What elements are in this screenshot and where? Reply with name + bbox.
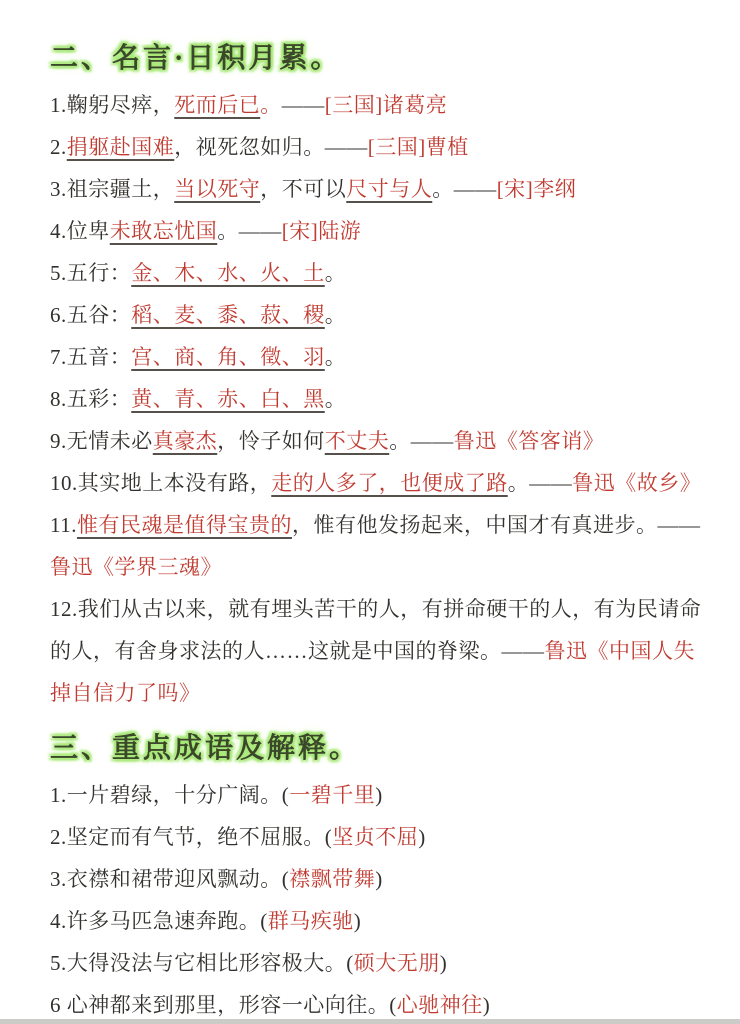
text-segment: 9.无情未必 xyxy=(50,429,153,453)
text-segment: 5.五行： xyxy=(50,261,131,285)
text-line: 7.五音：宫、商、角、徵、羽。 xyxy=(50,336,714,378)
text-segment: 5.大得没法与它相比形容极大。( xyxy=(50,951,354,975)
page-bottom-edge xyxy=(0,1019,740,1024)
text-segment: [三国]诸葛亮 xyxy=(325,93,448,117)
text-segment: 鲁迅《学界三魂》 xyxy=(50,555,222,579)
text-segment: 。—— xyxy=(432,177,497,201)
text-line: 6.五谷：稻、麦、黍、菽、稷。 xyxy=(50,294,714,336)
text-line: 1.一片碧绿，十分广阔。(一碧千里) xyxy=(50,774,714,816)
text-segment: ，不可以 xyxy=(260,177,346,201)
section-quotes: 二、名言·日积月累。 1.鞠躬尽瘁，死而后已。——[三国]诸葛亮2.捐躯赴国难，… xyxy=(50,36,714,714)
text-line: 2.坚定而有气节，绝不屈服。(坚贞不屈) xyxy=(50,816,714,858)
text-segment: 宫、商、角、徵、羽 xyxy=(131,345,325,369)
text-line: 5.大得没法与它相比形容极大。(硕大无朋) xyxy=(50,942,714,984)
text-segment: 未敢忘忧国 xyxy=(110,219,218,243)
section-idioms-lines: 1.一片碧绿，十分广阔。(一碧千里)2.坚定而有气节，绝不屈服。(坚贞不屈)3.… xyxy=(50,774,714,1024)
text-segment: 襟飘带舞 xyxy=(289,867,375,891)
text-segment: 7.五音： xyxy=(50,345,131,369)
text-segment: 。—— xyxy=(508,471,573,495)
text-segment: 。 xyxy=(325,303,347,327)
text-segment: 1.一片碧绿，十分广阔。( xyxy=(50,783,289,807)
text-segment: 。 xyxy=(325,261,347,285)
text-segment: [宋]陆游 xyxy=(282,219,362,243)
text-segment: 真豪杰 xyxy=(153,429,218,453)
text-line: 9.无情未必真豪杰，怜子如何不丈夫。——鲁迅《答客诮》 xyxy=(50,420,714,462)
text-segment: 4.位卑 xyxy=(50,219,110,243)
text-line: 11.惟有民魂是值得宝贵的，惟有他发扬起来，中国才有真进步。——鲁迅《学界三魂》 xyxy=(50,504,714,588)
text-line: 10.其实地上本没有路，走的人多了，也便成了路。——鲁迅《故乡》 xyxy=(50,462,714,504)
text-segment: 2. xyxy=(50,135,67,159)
text-segment: ) xyxy=(375,783,383,807)
text-segment: [宋]李纲 xyxy=(497,177,577,201)
text-segment: ，惟有他发扬起来，中国才有真进步。—— xyxy=(292,513,701,537)
text-segment: 一碧千里 xyxy=(289,783,375,807)
text-segment: ，怜子如何 xyxy=(217,429,325,453)
text-segment: 3.衣襟和裙带迎风飘动。( xyxy=(50,867,289,891)
text-segment: 捐躯赴国难 xyxy=(67,135,175,159)
text-segment: ) xyxy=(440,951,448,975)
text-segment: 鲁迅《答客诮》 xyxy=(454,429,605,453)
text-segment: 死而后已 xyxy=(174,93,260,117)
text-line: 2.捐躯赴国难，视死忽如归。——[三国]曹植 xyxy=(50,126,714,168)
text-line: 6 心神都来到那里，形容一心向往。(心驰神往) xyxy=(50,984,714,1024)
text-line: 3.衣襟和裙带迎风飘动。(襟飘带舞) xyxy=(50,858,714,900)
text-segment: 11. xyxy=(50,513,77,537)
text-segment: 坚贞不屈 xyxy=(332,825,418,849)
text-segment: ) xyxy=(418,825,426,849)
text-segment: 走的人多了，也便成了路 xyxy=(271,471,508,495)
text-line: 5.五行：金、木、水、火、土。 xyxy=(50,252,714,294)
text-segment: 。 xyxy=(260,93,282,117)
text-segment: ) xyxy=(483,993,491,1017)
text-segment: 。 xyxy=(325,387,347,411)
text-segment: —— xyxy=(282,93,325,117)
text-segment: 惟有民魂是值得宝贵的 xyxy=(77,513,292,537)
text-line: 4.位卑未敢忘忧国。——[宋]陆游 xyxy=(50,210,714,252)
document-page: 二、名言·日积月累。 1.鞠躬尽瘁，死而后已。——[三国]诸葛亮2.捐躯赴国难，… xyxy=(0,0,740,1024)
text-segment: 1.鞠躬尽瘁， xyxy=(50,93,174,117)
section-quotes-lines: 1.鞠躬尽瘁，死而后已。——[三国]诸葛亮2.捐躯赴国难，视死忽如归。——[三国… xyxy=(50,84,714,714)
section-idioms: 三、重点成语及解释。 1.一片碧绿，十分广阔。(一碧千里)2.坚定而有气节，绝不… xyxy=(50,726,714,1024)
text-segment: ，视死忽如归。—— xyxy=(174,135,368,159)
text-segment: 不丈夫 xyxy=(325,429,390,453)
text-line: 8.五彩：黄、青、赤、白、黑。 xyxy=(50,378,714,420)
text-segment: 群马疾驰 xyxy=(268,909,354,933)
text-segment: 2.坚定而有气节，绝不屈服。( xyxy=(50,825,332,849)
text-segment: 金、木、水、火、土 xyxy=(131,261,325,285)
text-segment: 4.许多马匹急速奔跑。( xyxy=(50,909,268,933)
text-segment: 当以死守 xyxy=(174,177,260,201)
text-segment: ) xyxy=(375,867,383,891)
text-segment: 尺寸与人 xyxy=(346,177,432,201)
text-line: 4.许多马匹急速奔跑。(群马疾驰) xyxy=(50,900,714,942)
text-segment: [三国]曹植 xyxy=(368,135,469,159)
text-segment: 6 心神都来到那里，形容一心向往。( xyxy=(50,993,397,1017)
text-segment: ) xyxy=(354,909,362,933)
text-segment: 黄、青、赤、白、黑 xyxy=(131,387,325,411)
text-segment: 3.祖宗疆土， xyxy=(50,177,174,201)
section-quotes-title: 二、名言·日积月累。 xyxy=(50,36,714,76)
text-segment: 。—— xyxy=(389,429,454,453)
text-segment: 6.五谷： xyxy=(50,303,131,327)
text-segment: 稻、麦、黍、菽、稷 xyxy=(131,303,325,327)
text-line: 12.我们从古以来，就有埋头苦干的人，有拼命硬干的人，有为民请命的人，有舍身求法… xyxy=(50,588,714,714)
text-segment: 8.五彩： xyxy=(50,387,131,411)
text-line: 1.鞠躬尽瘁，死而后已。——[三国]诸葛亮 xyxy=(50,84,714,126)
section-idioms-title: 三、重点成语及解释。 xyxy=(50,726,714,766)
text-segment: 。 xyxy=(325,345,347,369)
text-segment: 心驰神往 xyxy=(397,993,483,1017)
text-segment: 鲁迅《故乡》 xyxy=(572,471,701,495)
text-segment: 。—— xyxy=(217,219,282,243)
text-segment: 硕大无朋 xyxy=(354,951,440,975)
text-segment: 10.其实地上本没有路， xyxy=(50,471,271,495)
text-line: 3.祖宗疆土，当以死守，不可以尺寸与人。——[宋]李纲 xyxy=(50,168,714,210)
